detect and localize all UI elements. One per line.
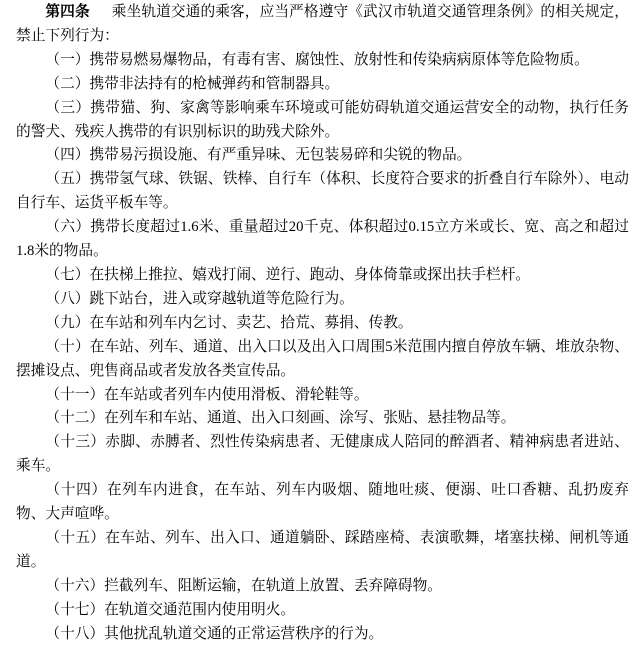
prohibited-item-14: （十四）在列车内进食，在车站、列车内吸烟、随地吐痰、便溺、吐口香糖、乱扔废弃物、…: [16, 479, 629, 527]
prohibited-item-17: （十七）在轨道交通范围内使用明火。: [16, 599, 629, 623]
document-page: 第四条乘坐轨道交通的乘客，应当严格遵守《武汉市轨道交通管理条例》的相关规定，禁止…: [0, 0, 639, 647]
article-heading-paragraph: 第四条乘坐轨道交通的乘客，应当严格遵守《武汉市轨道交通管理条例》的相关规定，禁止…: [16, 1, 629, 49]
prohibited-item-8: （八）跳下站台，进入或穿越轨道等危险行为。: [16, 288, 629, 312]
prohibited-item-11: （十一）在车站或者列车内使用滑板、滑轮鞋等。: [16, 384, 629, 408]
prohibited-item-1: （一）携带易燃易爆物品，有毒有害、腐蚀性、放射性和传染病病原体等危险物质。: [16, 49, 629, 73]
prohibited-item-10: （十）在车站、列车、通道、出入口以及出入口周围5米范围内擅自停放车辆、堆放杂物、…: [16, 336, 629, 384]
prohibited-item-15: （十五）在车站、列车、出入口、通道躺卧、踩踏座椅、表演歌舞，堵塞扶梯、闸机等通道…: [16, 527, 629, 575]
prohibited-item-5: （五）携带氢气球、铁锯、铁棒、自行车（体积、长度符合要求的折叠自行车除外）、电动…: [16, 168, 629, 216]
prohibited-item-4: （四）携带易污损设施、有严重异味、无包装易碎和尖锐的物品。: [16, 144, 629, 168]
prohibited-item-6: （六）携带长度超过1.6米、重量超过20千克、体积超过0.15立方米或长、宽、高…: [16, 216, 629, 264]
prohibited-item-7: （七）在扶梯上推拉、嬉戏打闹、逆行、跑动、身体倚靠或探出扶手栏杆。: [16, 264, 629, 288]
prohibited-item-16: （十六）拦截列车、阻断运输，在轨道上放置、丢弃障碍物。: [16, 575, 629, 599]
prohibited-item-12: （十二）在列车和车站、通道、出入口刻画、涂写、张贴、悬挂物品等。: [16, 407, 629, 431]
prohibited-item-18: （十八）其他扰乱轨道交通的正常运营秩序的行为。: [16, 623, 629, 647]
prohibited-item-9: （九）在车站和列车内乞讨、卖艺、拾荒、募捐、传教。: [16, 312, 629, 336]
prohibited-item-2: （二）携带非法持有的枪械弹药和管制器具。: [16, 73, 629, 97]
article-number: 第四条: [45, 4, 89, 20]
prohibited-item-3: （三）携带猫、狗、家禽等影响乘车环境或可能妨碍轨道交通运营安全的动物，执行任务的…: [16, 97, 629, 145]
prohibited-item-13: （十三）赤脚、赤膊者、烈性传染病患者、无健康成人陪同的醉酒者、精神病患者进站、乘…: [16, 431, 629, 479]
article-intro: 乘坐轨道交通的乘客，应当严格遵守《武汉市轨道交通管理条例》的相关规定，禁止下列行…: [16, 4, 629, 44]
